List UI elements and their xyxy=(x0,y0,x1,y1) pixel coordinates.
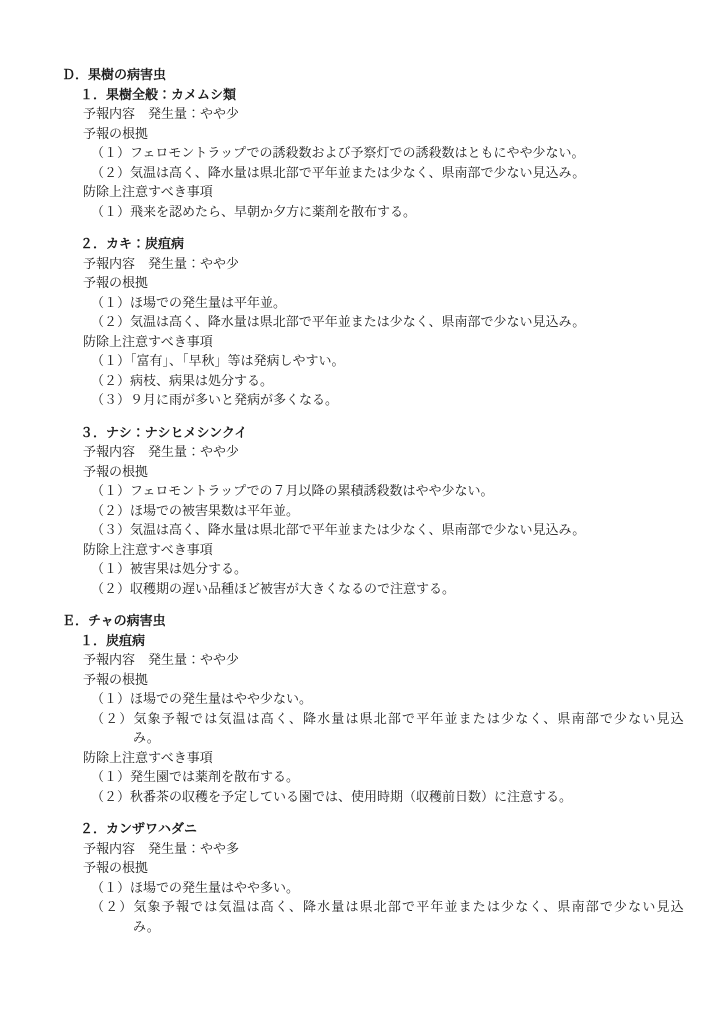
forecast-basis-label: 予報の根拠 xyxy=(0,273,724,293)
forecast-basis-item: （１）ほ場での発生量はやや少ない。 xyxy=(0,689,724,709)
forecast-content-line: 予報内容 発生量：やや多 xyxy=(0,839,724,859)
control-notes-label: 防除上注意すべき事項 xyxy=(0,182,724,202)
control-note-item: （２）病枝、病果は処分する。 xyxy=(0,371,724,391)
forecast-basis-item: （２）気象予報では気温は高く、降水量は県北部で平年並または少なく、県南部で少ない… xyxy=(0,709,724,729)
document-content: Ｄ．果樹の病害虫１．果樹全般：カメムシ類予報内容 発生量：やや少予報の根拠（１）… xyxy=(0,0,724,936)
document-page: Ｄ．果樹の病害虫１．果樹全般：カメムシ類予報内容 発生量：やや少予報の根拠（１）… xyxy=(0,0,724,1024)
forecast-basis-label: 予報の根拠 xyxy=(0,462,724,482)
forecast-content-line: 予報内容 発生量：やや少 xyxy=(0,650,724,670)
control-note-item: （１）飛来を認めたら、早朝か夕方に薬剤を散布する。 xyxy=(0,202,724,222)
control-note-item: （１）被害果は処分する。 xyxy=(0,559,724,579)
subsection-title: ２．カンザワハダニ xyxy=(0,819,724,839)
control-note-item: （２）収穫期の遅い品種ほど被害が大きくなるので注意する。 xyxy=(0,579,724,599)
forecast-content-line: 予報内容 発生量：やや少 xyxy=(0,104,724,124)
forecast-basis-item: （２）気温は高く、降水量は県北部で平年並または少なく、県南部で少ない見込み。 xyxy=(0,312,724,332)
control-note-item: （１）「富有」、「早秋」等は発病しやすい。 xyxy=(0,351,724,371)
forecast-basis-label: 予報の根拠 xyxy=(0,858,724,878)
forecast-basis-item: （３）気温は高く、降水量は県北部で平年並または少なく、県南部で少ない見込み。 xyxy=(0,520,724,540)
subsection-title: ３．ナシ：ナシヒメシンクイ xyxy=(0,423,724,443)
forecast-content-line: 予報内容 発生量：やや少 xyxy=(0,254,724,274)
forecast-content-line: 予報内容 発生量：やや少 xyxy=(0,442,724,462)
control-notes-label: 防除上注意すべき事項 xyxy=(0,748,724,768)
forecast-basis-item: （２）気温は高く、降水量は県北部で平年並または少なく、県南部で少ない見込み。 xyxy=(0,163,724,183)
control-note-item: （１）発生園では薬剤を散布する。 xyxy=(0,767,724,787)
control-notes-label: 防除上注意すべき事項 xyxy=(0,540,724,560)
forecast-basis-item: （１）ほ場での発生量は平年並。 xyxy=(0,293,724,313)
forecast-basis-item: （１）フェロモントラップでの７月以降の累積誘殺数はやや少ない。 xyxy=(0,481,724,501)
subsection-title: ２．カキ：炭疽病 xyxy=(0,234,724,254)
control-note-item: （３）９月に雨が多いと発病が多くなる。 xyxy=(0,390,724,410)
forecast-basis-label: 予報の根拠 xyxy=(0,124,724,144)
forecast-basis-item: （１）フェロモントラップでの誘殺数および予察灯での誘殺数はともにやや少ない。 xyxy=(0,143,724,163)
control-note-item: （２）秋番茶の収穫を予定している園では、使用時期（収穫前日数）に注意する。 xyxy=(0,787,724,807)
forecast-basis-label: 予報の根拠 xyxy=(0,670,724,690)
section-heading: Ｅ．チャの病害虫 xyxy=(0,611,724,631)
forecast-basis-item: （１）ほ場での発生量はやや多い。 xyxy=(0,878,724,898)
forecast-basis-item: （２）気象予報では気温は高く、降水量は県北部で平年並または少なく、県南部で少ない… xyxy=(0,897,724,917)
subsection-title: １．炭疽病 xyxy=(0,631,724,651)
subsection-title: １．果樹全般：カメムシ類 xyxy=(0,85,724,105)
wrapped-continuation-line: み。 xyxy=(0,728,724,748)
forecast-basis-item: （２）ほ場での被害果数は平年並。 xyxy=(0,501,724,521)
wrapped-continuation-line: み。 xyxy=(0,917,724,937)
control-notes-label: 防除上注意すべき事項 xyxy=(0,332,724,352)
section-heading: Ｄ．果樹の病害虫 xyxy=(0,65,724,85)
